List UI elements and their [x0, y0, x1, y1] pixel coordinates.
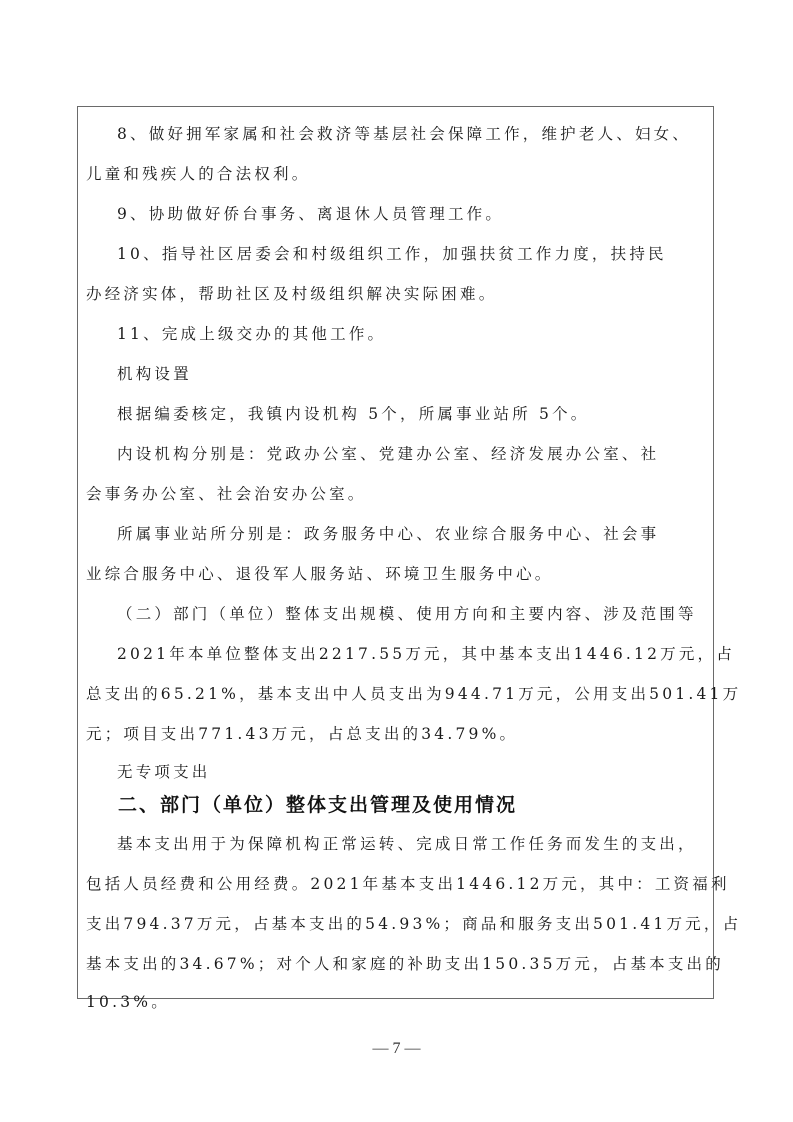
- paragraph-line: 10.3%。: [86, 992, 710, 1012]
- paragraph-line: 支出794.37万元，占基本支出的54.93%；商品和服务支出501.41万元，…: [86, 914, 710, 934]
- paragraph-line: 11、完成上级交办的其他工作。: [117, 324, 710, 344]
- paragraph-line: 元；项目支出771.43万元，占总支出的34.79%。: [86, 724, 710, 744]
- paragraph-line: 机构设置: [117, 364, 710, 384]
- paragraph-line: 儿童和残疾人的合法权利。: [86, 164, 710, 184]
- paragraph-line: （二）部门（单位）整体支出规模、使用方向和主要内容、涉及范围等: [117, 604, 710, 624]
- paragraph-line: 9、协助做好侨台事务、离退休人员管理工作。: [117, 204, 710, 224]
- paragraph-line: 内设机构分别是：党政办公室、党建办公室、经济发展办公室、社: [117, 444, 710, 464]
- paragraph-line: 包括人员经费和公用经费。2021年基本支出1446.12万元，其中：工资福利: [86, 874, 710, 894]
- paragraph-line: 业综合服务中心、退役军人服务站、环境卫生服务中心。: [86, 564, 710, 584]
- paragraph-line: 10、指导社区居委会和村级组织工作，加强扶贫工作力度，扶持民: [117, 244, 710, 264]
- paragraph-line: 2021年本单位整体支出2217.55万元，其中基本支出1446.12万元，占: [117, 644, 710, 664]
- paragraph-line: 所属事业站所分别是：政务服务中心、农业综合服务中心、社会事: [117, 524, 710, 544]
- paragraph-line: 无专项支出: [117, 762, 710, 782]
- paragraph-line: 总支出的65.21%，基本支出中人员支出为944.71万元，公用支出501.41…: [86, 684, 710, 704]
- paragraph-line: 根据编委核定，我镇内设机构 5个，所属事业站所 5个。: [117, 404, 710, 424]
- paragraph-line: 会事务办公室、社会治安办公室。: [86, 484, 710, 504]
- paragraph-line: 基本支出的34.67%；对个人和家庭的补助支出150.35万元，占基本支出的: [86, 954, 710, 974]
- content-frame: [77, 106, 714, 999]
- document-page: 8、做好拥军家属和社会救济等基层社会保障工作，维护老人、妇女、儿童和残疾人的合法…: [0, 0, 793, 1122]
- paragraph-line: 基本支出用于为保障机构正常运转、完成日常工作任务而发生的支出，: [117, 834, 710, 854]
- paragraph-line: 8、做好拥军家属和社会救济等基层社会保障工作，维护老人、妇女、: [117, 124, 710, 144]
- page-number: — 7 —: [0, 1040, 793, 1058]
- section-heading: 二、部门（单位）整体支出管理及使用情况: [118, 790, 517, 817]
- paragraph-line: 办经济实体，帮助社区及村级组织解决实际困难。: [86, 284, 710, 304]
